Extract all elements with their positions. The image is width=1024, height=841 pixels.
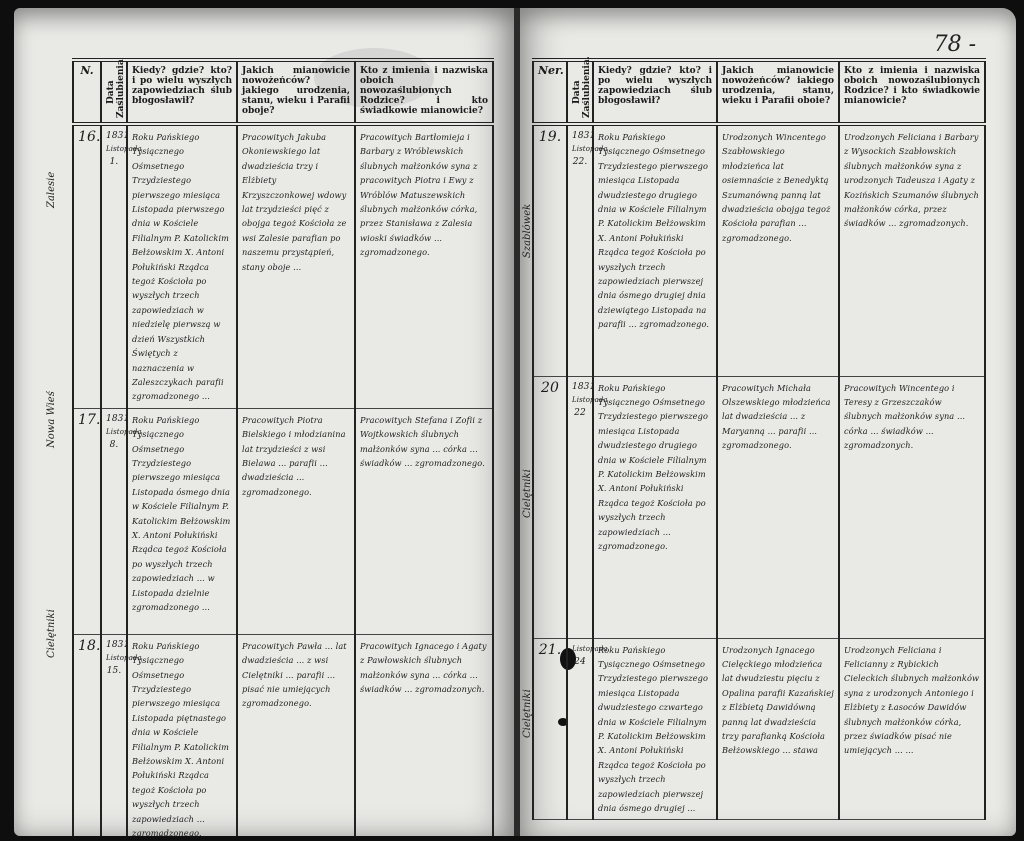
header-date: Data Zaślubienia [101, 60, 127, 124]
entry-when-where: Roku Pańskiego Tysiącznego Ośmsetnego Tr… [127, 408, 237, 634]
entry-when-where: Roku Pańskiego Tysiącznego Ośmsetnego Tr… [593, 376, 717, 638]
entry-number: 17. [73, 408, 101, 634]
left-page: Zalesie Nowa Wieś Cielętniki N. Data Zaś… [14, 8, 514, 836]
entry-number: 18. [73, 634, 101, 836]
date-day: 22 [572, 407, 588, 420]
entry-date: Listopada 24 [567, 638, 593, 820]
entry-when-where: Roku Pańskiego Tysiącznego Ośmsetnego Tr… [593, 638, 717, 820]
register-table-right: Ner. Data Zaślubienia. Kiedy? gdzie? kto… [532, 58, 986, 820]
entry-spouses: Pracowitych Pawła ... lat dwadzieścia ..… [237, 634, 355, 836]
date-year: 1831 [106, 639, 122, 652]
register-entry: 21. Listopada 24 Roku Pańskiego Tysiączn… [533, 638, 985, 820]
header-row: Ner. Data Zaślubienia. Kiedy? gdzie? kto… [533, 60, 985, 124]
entry-number: 16. [73, 124, 101, 408]
margin-note-16: Zalesie [46, 128, 57, 208]
register-entry: 19. 1831 Listopada 22. Roku Pańskiego Ty… [533, 124, 985, 376]
date-month: Listopada [106, 652, 122, 665]
header-number: N. [73, 60, 101, 124]
entry-date: 1831 Listopada 1. [101, 124, 127, 408]
header-when-where: Kiedy? gdzie? kto? i po wielu wyszłych z… [593, 60, 717, 124]
entry-when-where: Roku Pańskiego Tysiącznego Ośmsetnego Tr… [593, 124, 717, 376]
date-day: 15. [106, 665, 122, 678]
date-month: Listopada [106, 143, 122, 156]
entry-spouses: Urodzonych Wincentego Szabłowskiego młod… [717, 124, 839, 376]
entry-spouses: Pracowitych Jakuba Okoniewskiego lat dwa… [237, 124, 355, 408]
header-parents-witnesses: Kto z imienia i nazwiska oboich nowozaśl… [355, 60, 493, 124]
right-page: 78 - Szablówek Cielętniki Cielętniki Ner… [520, 8, 1016, 836]
header-spouses: Jakich mianowicie nowożeńców? jakiego ur… [237, 60, 355, 124]
date-day: 24 [572, 656, 588, 669]
register-entry: 20 1831 Listopada 22 Roku Pańskiego Tysi… [533, 376, 985, 638]
entry-parents-witnesses: Pracowitych Stefana i Zofii z Wojtkowski… [355, 408, 493, 634]
entry-parents-witnesses: Pracowitych Bartłomieja i Barbary z Wrób… [355, 124, 493, 408]
header-when-where: Kiedy? gdzie? kto? i po wielu wyszłych z… [127, 60, 237, 124]
entry-number: 20 [533, 376, 567, 638]
register-table-left: N. Data Zaślubienia Kiedy? gdzie? kto? i… [72, 58, 494, 836]
register-entry: 16. 1831 Listopada 1. Roku Pańskiego Tys… [73, 124, 493, 408]
register-entry: 18. 1831 Listopada 15. Roku Pańskiego Ty… [73, 634, 493, 836]
date-year: 1831 [106, 130, 122, 143]
date-day: 22. [572, 156, 588, 169]
entry-when-where: Roku Pańskiego Tysiącznego Ośmsetnego Tr… [127, 124, 237, 408]
header-row: N. Data Zaślubienia Kiedy? gdzie? kto? i… [73, 60, 493, 124]
header-spouses: Jakich mianowicie nowożeńców? iakiego ur… [717, 60, 839, 124]
date-day: 8. [106, 439, 122, 452]
entry-parents-witnesses: Urodzonych Feliciana i Felicianny z Rybi… [839, 638, 985, 820]
entry-spouses: Pracowitych Piotra Bielskiego i młodzian… [237, 408, 355, 634]
register-entry: 17. 1831 Listopada 8. Roku Pańskiego Tys… [73, 408, 493, 634]
entry-date: 1831 Listopada 22 [567, 376, 593, 638]
entry-number: 19. [533, 124, 567, 376]
date-month: Listopada [572, 143, 588, 156]
entry-spouses: Urodzonych Ignacego Cielęckiego młodzień… [717, 638, 839, 820]
date-year: 1831 [572, 381, 588, 394]
entry-date: 1831 Listopada 22. [567, 124, 593, 376]
entry-parents-witnesses: Pracowitych Ignacego i Agaty z Pawłowski… [355, 634, 493, 836]
date-month: Listopada [572, 643, 588, 656]
date-month: Listopada [572, 394, 588, 407]
entry-number: 21. [533, 638, 567, 820]
entry-date: 1831 Listopada 15. [101, 634, 127, 836]
header-date: Data Zaślubienia. [567, 60, 593, 124]
date-year: 1831 [572, 130, 588, 143]
entry-when-where: Roku Pańskiego Tysiącznego Ośmsetnego Tr… [127, 634, 237, 836]
entry-parents-witnesses: Pracowitych Wincentego i Teresy z Grzesz… [839, 376, 985, 638]
date-day: 1. [106, 156, 122, 169]
date-month: Listopada [106, 426, 122, 439]
entry-spouses: Pracowitych Michała Olszewskiego młodzie… [717, 376, 839, 638]
margin-note-18: Cielętniki [46, 588, 57, 658]
page-number: 78 - [934, 32, 976, 57]
header-number: Ner. [533, 60, 567, 124]
entry-date: 1831 Listopada 8. [101, 408, 127, 634]
date-year: 1831 [106, 413, 122, 426]
margin-note-17: Nowa Wieś [46, 358, 57, 448]
entry-parents-witnesses: Urodzonych Feliciana i Barbary z Wysocki… [839, 124, 985, 376]
header-parents-witnesses: Kto z imienia i nazwiska oboich nowozaśl… [839, 60, 985, 124]
